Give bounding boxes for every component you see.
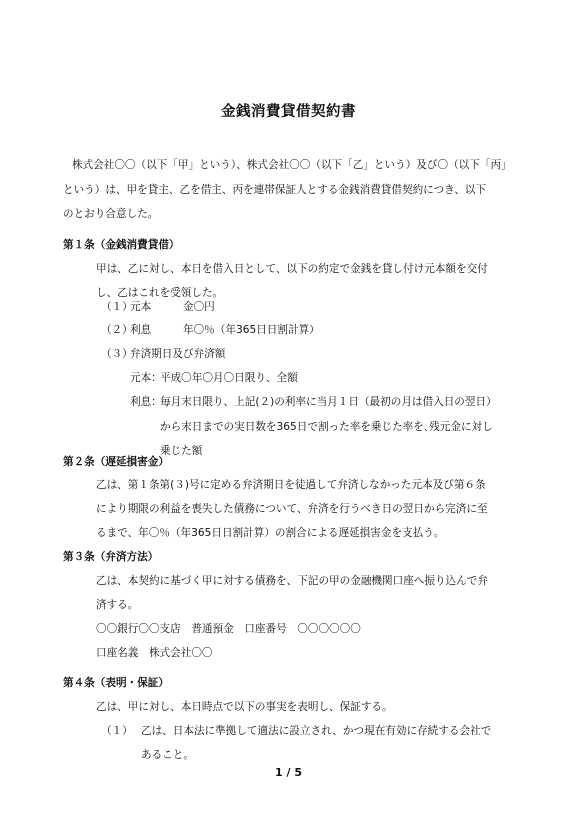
bank-account-details: 〇〇銀行〇〇支店 普通預金 口座番号 〇〇〇〇〇〇 — [96, 622, 361, 636]
article-4-line-1: 乙は、甲に対し、本日時点で以下の事実を表明し、保証する。 — [96, 700, 393, 714]
repayment-principal-label: 元本： — [130, 371, 162, 385]
preamble-line-1: 株式会社〇〇（以下「甲」という）、株式会社〇〇（以下「乙」という）及び〇（以下「… — [72, 158, 512, 172]
article-1-item-1-number: （１） — [101, 300, 133, 314]
article-1-item-2-value: 年〇％（年365日日割計算） — [183, 323, 320, 337]
page-indicator: 1 / 5 — [0, 766, 577, 779]
article-1-item-1-label: 元本 — [130, 300, 151, 314]
article-2-line-2: により期限の利益を喪失した債務について、弁済を行うべき日の翌日から完済に至 — [96, 502, 488, 516]
document-page: 金銭消費貸借契約書 株式会社〇〇（以下「甲」という）、株式会社〇〇（以下「乙」と… — [0, 0, 577, 835]
preamble-line-2: という）は、甲を貸主、乙を借主、丙を連帯保証人とする金銭消費貸借契約につき、以下 — [63, 183, 486, 197]
repayment-interest-line-2: から末日までの実日数を365日で割った率を乗じた率を､残元金に対し — [160, 420, 493, 434]
repayment-principal-text: 平成〇年〇月〇日限り、全額 — [160, 371, 298, 385]
article-2-line-3: るまで、年〇％（年365日日割計算）の割合による遅延損害金を支払う。 — [96, 526, 444, 540]
article-1-item-1-value: 金〇円 — [183, 300, 215, 314]
article-3-line-1: 乙は、本契約に基づく甲に対する債務を、下記の甲の金融機関口座へ振り込んで弁 — [96, 574, 488, 588]
article-1-item-2-number: （２） — [101, 323, 133, 337]
article-4-heading: 第４条（表明・保証） — [63, 676, 169, 690]
article-3-heading: 第３条（弁済方法） — [63, 550, 158, 564]
article-1-heading: 第１条（金銭消費貸借） — [63, 238, 180, 252]
article-1-line-1: 甲は、乙に対し、本日を借入日として、以下の約定で金銭を貸し付け元本額を交付 — [96, 262, 488, 276]
article-1-item-3-number: （３） — [101, 347, 133, 361]
article-1-item-2-label: 利息 — [130, 323, 151, 337]
repayment-interest-line-1: 毎月末日限り、上記(２)の利率に当月１日（最初の月は借入日の翌日） — [160, 395, 497, 409]
repayment-interest-label: 利息： — [130, 395, 162, 409]
article-4-item-1-number: （１） — [101, 724, 133, 738]
article-1-line-2: し、乙はこれを受領した。 — [96, 286, 223, 300]
article-2-line-1: 乙は、第１条第(３)号に定める弁済期日を徒過して弁済しなかった元本及び第６条 — [96, 478, 486, 492]
article-4-item-1-line-1: 乙は、日本法に準拠して適法に設立され、かつ現在有効に存続する会社で — [141, 724, 491, 738]
bank-account-holder: 口座名義 株式会社〇〇 — [96, 646, 213, 660]
article-2-heading: 第２条（遅延損害金） — [63, 455, 169, 469]
article-4-item-1-line-2: あること。 — [141, 748, 194, 762]
article-3-line-2: 済する。 — [96, 598, 138, 612]
preamble-line-3: のとおり合意した。 — [63, 207, 158, 221]
article-1-item-3-label: 弁済期日及び弁済額 — [130, 347, 225, 361]
document-title: 金銭消費貸借契約書 — [0, 100, 577, 121]
